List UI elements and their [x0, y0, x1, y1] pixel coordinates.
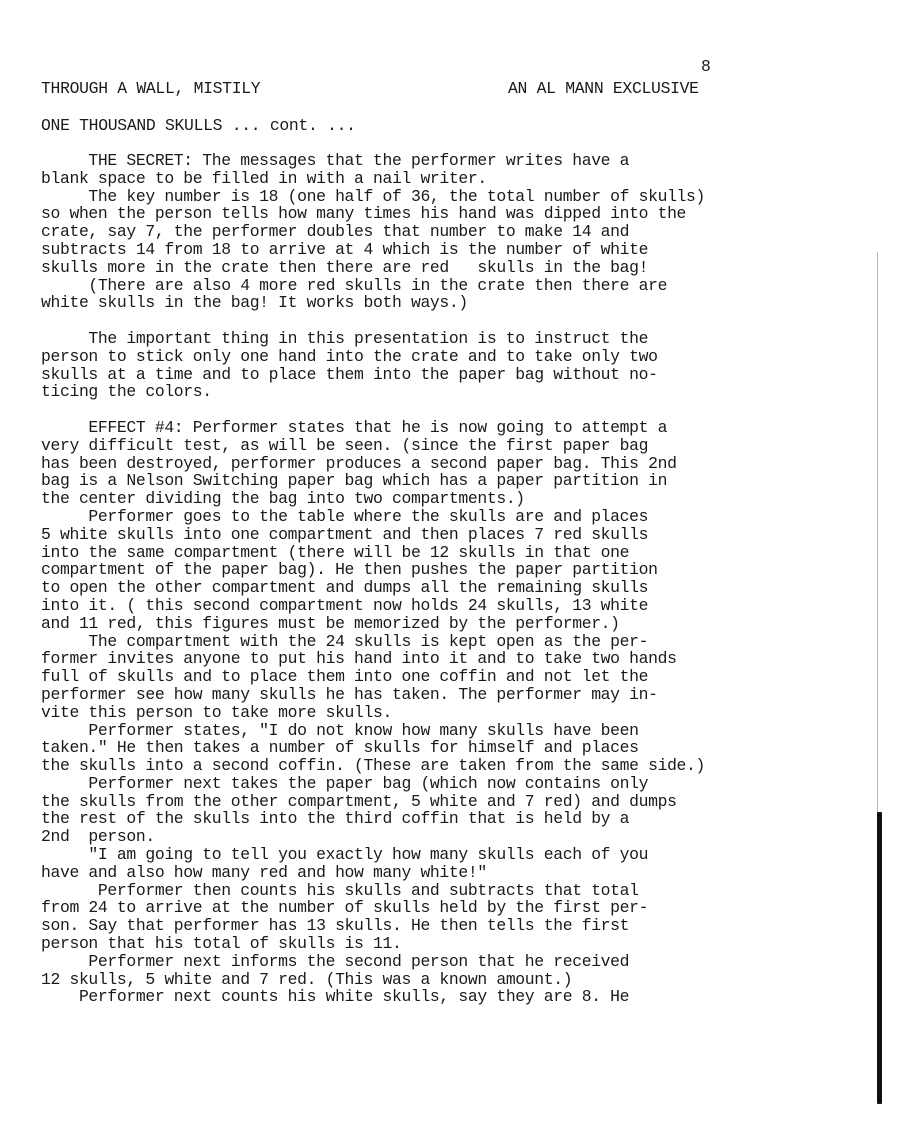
text-line: blank space to be filled in with a nail …: [41, 170, 841, 188]
text-line: The key number is 18 (one half of 36, th…: [41, 188, 841, 206]
text-line: crate, say 7, the performer doubles that…: [41, 223, 841, 241]
text-line: compartment of the paper bag). He then p…: [41, 561, 841, 579]
section-title: ONE THOUSAND SKULLS ... cont. ...: [41, 117, 356, 135]
text-line: the rest of the skulls into the third co…: [41, 810, 841, 828]
text-line: person that his total of skulls is 11.: [41, 935, 841, 953]
text-line: "I am going to tell you exactly how many…: [41, 846, 841, 864]
paragraph: EFFECT #4: Performer states that he is n…: [41, 419, 841, 1006]
text-line: skulls more in the crate then there are …: [41, 259, 841, 277]
text-line: the skulls into a second coffin. (These …: [41, 757, 841, 775]
text-line: 12 skulls, 5 white and 7 red. (This was …: [41, 971, 841, 989]
running-header-credit: AN AL MANN EXCLUSIVE: [508, 80, 699, 98]
text-line: into it. ( this second compartment now h…: [41, 597, 841, 615]
paragraph: THE SECRET: The messages that the perfor…: [41, 152, 841, 312]
text-line: very difficult test, as will be seen. (s…: [41, 437, 841, 455]
text-line: Performer goes to the table where the sk…: [41, 508, 841, 526]
text-line: Performer states, "I do not know how man…: [41, 722, 841, 740]
text-line: ticing the colors.: [41, 383, 841, 401]
text-line: EFFECT #4: Performer states that he is n…: [41, 419, 841, 437]
text-line: THE SECRET: The messages that the perfor…: [41, 152, 841, 170]
text-line: (There are also 4 more red skulls in the…: [41, 277, 841, 295]
text-line: the center dividing the bag into two com…: [41, 490, 841, 508]
text-line: from 24 to arrive at the number of skull…: [41, 899, 841, 917]
margin-rule: [877, 252, 878, 812]
text-line: have and also how many red and how many …: [41, 864, 841, 882]
paragraph: The important thing in this presentation…: [41, 330, 841, 401]
paragraph-gap: [41, 312, 841, 330]
text-line: person to stick only one hand into the c…: [41, 348, 841, 366]
body-text: THE SECRET: The messages that the perfor…: [41, 152, 841, 1006]
text-line: bag is a Nelson Switching paper bag whic…: [41, 472, 841, 490]
text-line: son. Say that performer has 13 skulls. H…: [41, 917, 841, 935]
text-line: subtracts 14 from 18 to arrive at 4 whic…: [41, 241, 841, 259]
text-line: former invites anyone to put his hand in…: [41, 650, 841, 668]
margin-rule-bold: [877, 812, 882, 1104]
page-number: 8: [701, 58, 711, 76]
text-line: vite this person to take more skulls.: [41, 704, 841, 722]
paragraph-gap: [41, 401, 841, 419]
running-header-title: THROUGH A WALL, MISTILY: [41, 80, 260, 98]
text-line: has been destroyed, performer produces a…: [41, 455, 841, 473]
text-line: to open the other compartment and dumps …: [41, 579, 841, 597]
text-line: Performer next counts his white skulls, …: [41, 988, 841, 1006]
text-line: 5 white skulls into one compartment and …: [41, 526, 841, 544]
text-line: Performer next informs the second person…: [41, 953, 841, 971]
text-line: white skulls in the bag! It works both w…: [41, 294, 841, 312]
text-line: full of skulls and to place them into on…: [41, 668, 841, 686]
text-line: performer see how many skulls he has tak…: [41, 686, 841, 704]
text-line: the skulls from the other compartment, 5…: [41, 793, 841, 811]
text-line: The compartment with the 24 skulls is ke…: [41, 633, 841, 651]
text-line: taken." He then takes a number of skulls…: [41, 739, 841, 757]
text-line: Performer next takes the paper bag (whic…: [41, 775, 841, 793]
text-line: into the same compartment (there will be…: [41, 544, 841, 562]
text-line: skulls at a time and to place them into …: [41, 366, 841, 384]
text-line: so when the person tells how many times …: [41, 205, 841, 223]
text-line: Performer then counts his skulls and sub…: [41, 882, 841, 900]
text-line: The important thing in this presentation…: [41, 330, 841, 348]
text-line: 2nd person.: [41, 828, 841, 846]
text-line: and 11 red, this figures must be memoriz…: [41, 615, 841, 633]
